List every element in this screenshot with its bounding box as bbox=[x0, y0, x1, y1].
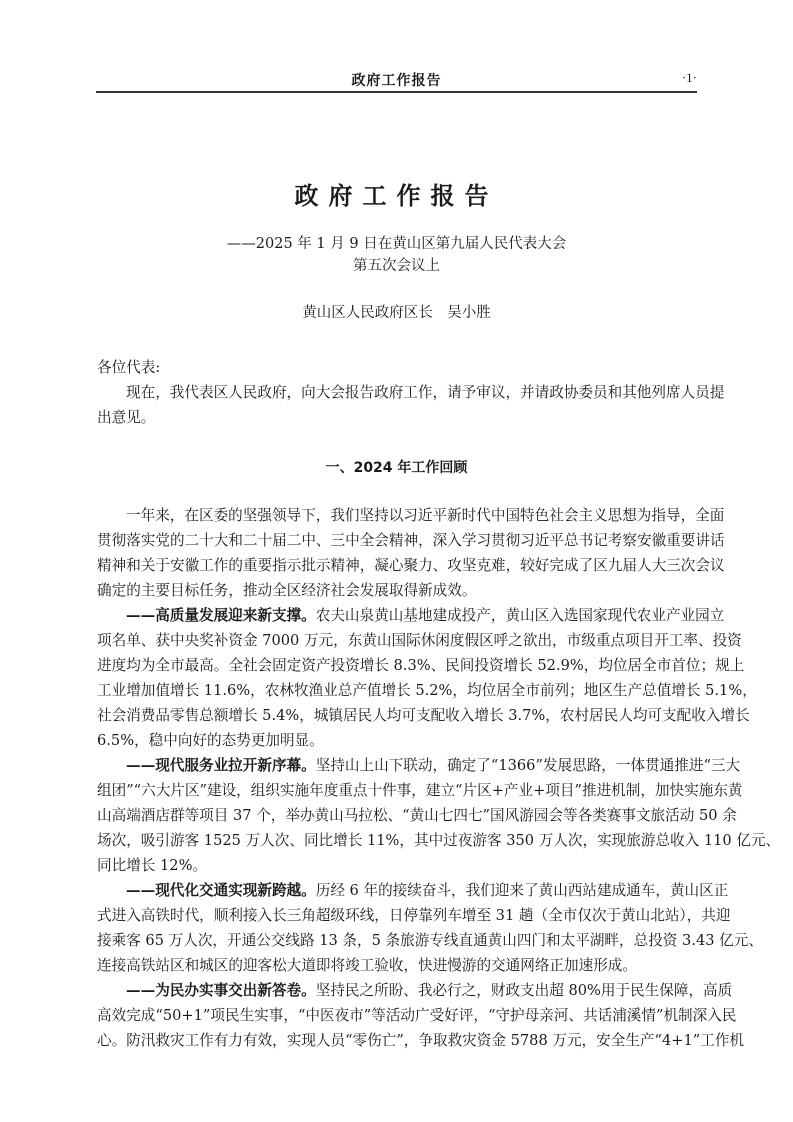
para-0-line-1: 贯彻落实党的二十大和二十届二中、三中全会精神，深入学习贯彻习近平总书记考察安徽重… bbox=[97, 532, 697, 550]
document-title: 政府工作报告 bbox=[0, 176, 793, 211]
para-2-line-1: 组团”“六大片区”建设，组织实施年度重点十件事，建立“片区+产业+项目”推进机制… bbox=[97, 782, 697, 800]
para-1-line-5: 6.5%，稳中向好的态势更加明显。 bbox=[97, 732, 697, 750]
para-4-first-rest: 坚持民之所盼、我必行之，财政支出超 80%用于民生保障，高质 bbox=[316, 982, 733, 999]
para-0-line-0: 一年来，在区委的坚强领导下，我们坚持以习近平新时代中国特色社会主义思想为指导，全… bbox=[126, 507, 697, 525]
para-2-line-4: 同比增长 12%。 bbox=[97, 857, 697, 875]
para-2-line-3: 场次，吸引游客 1525 万人次、同比增长 11%，其中过夜游客 350 万人次… bbox=[97, 832, 697, 850]
para-1-line-1: 项名单、获中央奖补资金 7000 万元，东黄山国际休闲度假区呼之欲出，市级重点项… bbox=[97, 632, 697, 650]
para-3-line-3: 连接高铁站区和城区的迎客松大道即将竣工验收，快进慢游的交通网络正加速形成。 bbox=[97, 957, 697, 975]
header-rule bbox=[96, 91, 697, 93]
para-2-line-0: ——现代服务业拉开新序幕。坚持山上山下联动，确定了“1366”发展思路，一体贯通… bbox=[126, 757, 697, 775]
para-1-line-3: 工业增加值增长 11.6%，农林牧渔业总产值增长 5.2%，均位居全市前列；地区… bbox=[97, 682, 697, 700]
para-1-line-4: 社会消费品零售总额增长 5.4%，城镇居民人均可支配收入增长 3.7%，农村居民… bbox=[97, 707, 697, 725]
para-1-first-rest: 农夫山泉黄山基地建成投产，黄山区入选国家现代农业产业园立 bbox=[316, 607, 725, 624]
section-heading: 一、2024 年工作回顾 bbox=[0, 457, 793, 477]
author-line: 黄山区人民政府区长 吴小胜 bbox=[0, 301, 793, 322]
subtitle-line-1: ——2025 年 1 月 9 日在黄山区第九届人民代表大会 bbox=[0, 232, 793, 253]
para-4-line-0: ——为民办实事交出新答卷。坚持民之所盼、我必行之，财政支出超 80%用于民生保障… bbox=[126, 982, 697, 1000]
intro-line-1: 现在，我代表区人民政府，向大会报告政府工作，请予审议，并请政协委员和其他列席人员… bbox=[126, 384, 697, 402]
salutation: 各位代表: bbox=[97, 359, 697, 377]
para-3-first-rest: 历经 6 年的接续奋斗，我们迎来了黄山西站建成通车，黄山区正 bbox=[316, 882, 729, 899]
para-1-line-2: 进度均为全市最高。全社会固定资产投资增长 8.3%、民间投资增长 52.9%，均… bbox=[97, 657, 697, 675]
para-3-line-0: ——现代化交通实现新跨越。历经 6 年的接续奋斗，我们迎来了黄山西站建成通车，黄… bbox=[126, 882, 697, 900]
para-2-first-rest: 坚持山上山下联动，确定了“1366”发展思路，一体贯通推进“三大 bbox=[316, 757, 740, 774]
para-1-line-0: ——高质量发展迎来新支撑。农夫山泉黄山基地建成投产，黄山区入选国家现代农业产业园… bbox=[126, 607, 697, 625]
para-2-line-2: 山高端酒店群等项目 37 个，举办黄山马拉松、“黄山七四七”国风游园会等各类赛事… bbox=[97, 807, 697, 825]
para-2-lead: ——现代服务业拉开新序幕。 bbox=[126, 757, 316, 774]
para-3-line-1: 式进入高铁时代，顺利接入长三角超级环线，日停靠列车增至 31 趟（全市仅次于黄山… bbox=[97, 907, 697, 925]
para-0-line-3: 确定的主要目标任务，推动全区经济社会发展取得新成效。 bbox=[97, 582, 697, 600]
running-header-title: 政府工作报告 bbox=[0, 70, 793, 90]
para-4-line-2: 心。防汛救灾工作有力有效，实现人员“零伤亡”，争取救灾资金 5788 万元，安全… bbox=[97, 1032, 697, 1050]
subtitle-line-2: 第五次会议上 bbox=[0, 254, 793, 275]
para-3-lead: ——现代化交通实现新跨越。 bbox=[126, 882, 316, 899]
para-1-lead: ——高质量发展迎来新支撑。 bbox=[126, 607, 316, 624]
para-0-line-2: 精神和关于安徽工作的重要指示批示精神，凝心聚力、攻坚克难，较好完成了区九届人大三… bbox=[97, 557, 697, 575]
para-3-line-2: 接乘客 65 万人次，开通公交线路 13 条，5 条旅游专线直通黄山四门和太平湖… bbox=[97, 932, 697, 950]
para-4-line-1: 高效完成“50+1”项民生实事，“中医夜市”等活动广受好评，“守护母亲河、共话浦… bbox=[97, 1007, 697, 1025]
para-4-lead: ——为民办实事交出新答卷。 bbox=[126, 982, 316, 999]
intro-line-2: 出意见。 bbox=[97, 409, 697, 427]
page-number: ·1· bbox=[682, 70, 697, 86]
